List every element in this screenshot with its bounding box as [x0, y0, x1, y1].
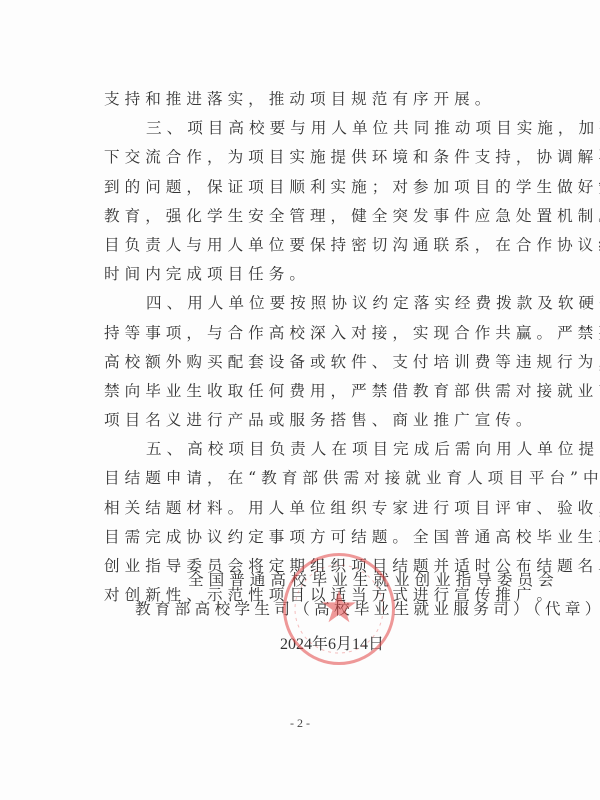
document-page: 支持和推进落实，推动项目规范有序开展。 三、项目高校要与用人单位共同推动项目实施… [0, 0, 600, 800]
paragraph-line: 五、高校项目负责人在项目完成后需向用人单位提出项 [104, 435, 504, 464]
paragraph-line: 下交流合作，为项目实施提供环境和条件支持，协调解决遇 [104, 143, 504, 172]
paragraph-line: 持等事项，与合作高校深入对接，实现合作共赢。严禁要求 [104, 319, 504, 348]
paragraph-line: 项目名义进行产品或服务搭售、商业推广宣传。 [104, 406, 504, 435]
paragraph-line: 到的问题，保证项目顺利实施；对参加项目的学生做好安全 [104, 173, 504, 202]
paragraph-line: 教育，强化学生安全管理，健全突发事件应急处置机制。项 [104, 202, 504, 231]
official-seal: ★ [283, 553, 395, 665]
page-number: - 2 - [0, 716, 600, 731]
paragraph-line: 时间内完成项目任务。 [104, 260, 504, 289]
paragraph-line: 支持和推进落实，推动项目规范有序开展。 [104, 85, 504, 114]
paragraph-line: 禁向毕业生收取任何费用，严禁借教育部供需对接就业育人 [104, 377, 504, 406]
paragraph-line: 高校额外购买配套设备或软件、支付培训费等违规行为，严 [104, 348, 504, 377]
paragraph-line: 相关结题材料。用人单位组织专家进行项目评审、验收，项 [104, 494, 504, 523]
seal-star-icon: ★ [319, 586, 358, 630]
paragraph-line: 四、用人单位要按照协议约定落实经费拨款及软硬件支 [104, 289, 504, 318]
paragraph-line: 三、项目高校要与用人单位共同推动项目实施，加强线 [104, 114, 504, 143]
paragraph-line: 目负责人与用人单位要保持密切沟通联系，在合作协议约定 [104, 231, 504, 260]
document-body: 支持和推进落实，推动项目规范有序开展。 三、项目高校要与用人单位共同推动项目实施… [104, 85, 504, 610]
paragraph-line: 目结题申请，在“教育部供需对接就业育人项目平台”中提交 [104, 464, 504, 493]
paragraph-line: 目需完成协议约定事项方可结题。全国普通高校毕业生就业 [104, 523, 504, 552]
